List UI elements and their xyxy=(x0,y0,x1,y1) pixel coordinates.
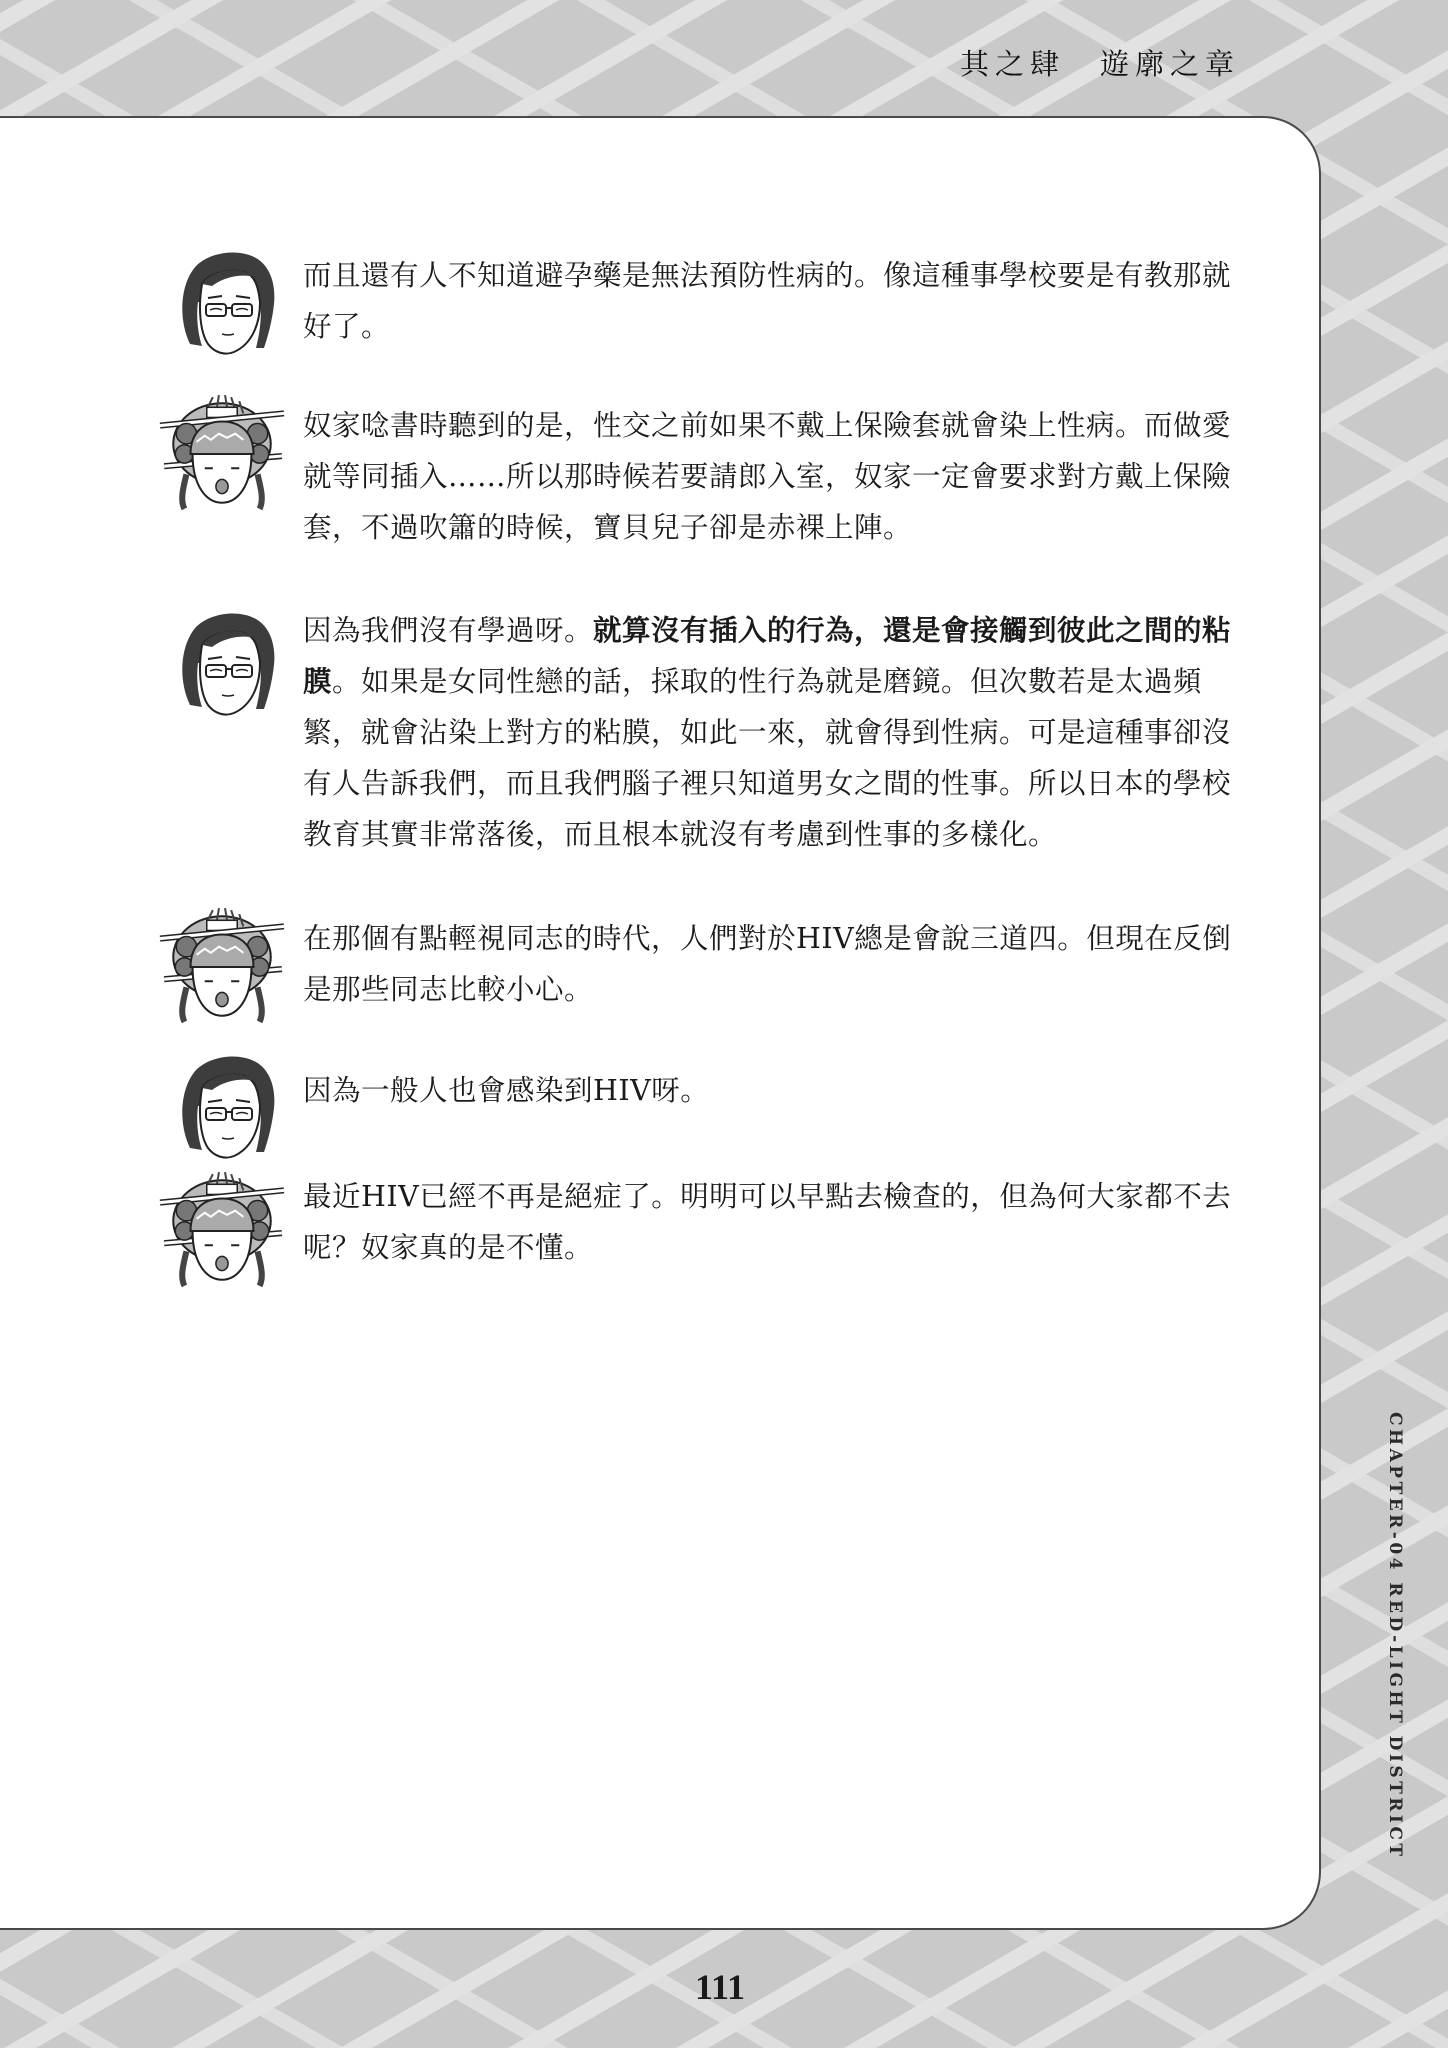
dialogue-text: 而且還有人不知道避孕藥是無法預防性病的。像這種事學校要是有教那就好了。 xyxy=(303,250,1248,352)
dialogue-text: 在那個有點輕視同志的時代，人們對於HIV總是會說三道四。但現在反倒是那些同志比較… xyxy=(303,913,1248,1015)
oiran-avatar-icon xyxy=(156,1170,288,1292)
page-number: 111 xyxy=(695,1966,745,2008)
chapter-side-label: CHAPTER-04 RED-LIGHT DISTRICT xyxy=(1385,1412,1405,1860)
chapter-header: 其之肆 遊廓之章 xyxy=(960,42,1240,83)
dialogue-text: 最近HIV已經不再是絕症了。明明可以早點去檢查的，但為何大家都不去呢？奴家真的是… xyxy=(303,1171,1248,1273)
dialogue-text: 因為我們沒有學過呀。就算沒有插入的行為，還是會接觸到彼此之間的粘膜。如果是女同性… xyxy=(303,605,1248,860)
dialogue-text: 奴家唸書時聽到的是，性交之前如果不戴上保險套就會染上性病。而做愛就等同插入……所… xyxy=(303,400,1248,553)
glasses-woman-avatar-icon xyxy=(168,605,288,720)
oiran-avatar-icon xyxy=(156,393,288,515)
glasses-woman-avatar-icon xyxy=(168,244,288,359)
dialogue-text: 因為一般人也會感染到HIV呀。 xyxy=(303,1065,1248,1116)
oiran-avatar-icon xyxy=(156,906,288,1028)
glasses-woman-avatar-icon xyxy=(168,1048,288,1163)
